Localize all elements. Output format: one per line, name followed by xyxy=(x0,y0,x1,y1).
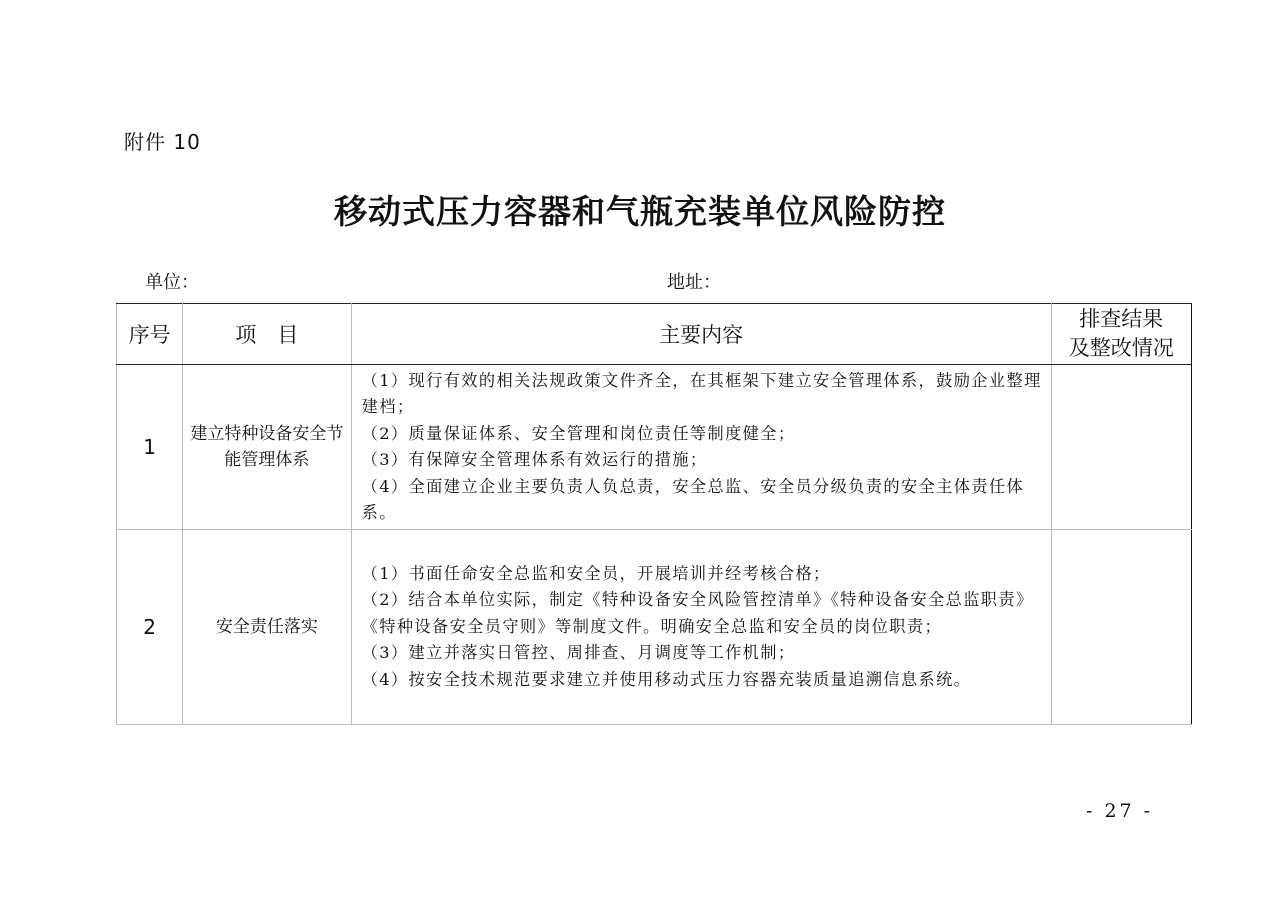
document-title: 移动式压力容器和气瓶充装单位风险防控 xyxy=(0,186,1280,233)
table-header-row: 序号 项 目 主要内容 排查结果 及整改情况 xyxy=(117,304,1192,365)
row-no: 2 xyxy=(117,530,183,725)
content-line: （4）全面建立企业主要负责人负总责，安全总监、安全员分级负责的安全主体责任体系。 xyxy=(362,474,1045,527)
content-line: （3）有保障安全管理体系有效运行的措施； xyxy=(362,447,1045,474)
row-content: （1）书面任命安全总监和安全员，开展培训并经考核合格； （2）结合本单位实际，制… xyxy=(351,530,1051,725)
content-line: （4）按安全技术规范要求建立并使用移动式压力容器充装质量追溯信息系统。 xyxy=(362,667,1045,694)
header-no: 序号 xyxy=(117,304,183,365)
row-no: 1 xyxy=(117,365,183,530)
header-result-line1: 排查结果 xyxy=(1052,305,1191,334)
header-content: 主要内容 xyxy=(351,304,1051,365)
content-line: （3）建立并落实日管控、周排查、月调度等工作机制； xyxy=(362,640,1045,667)
address-label: 地址： xyxy=(667,268,721,294)
attachment-label: 附件 10 xyxy=(124,126,201,155)
header-item: 项 目 xyxy=(183,304,351,365)
content-line: （2）结合本单位实际，制定《特种设备安全风险管控清单》《特种设备安全总监职责》《… xyxy=(362,587,1045,640)
row-item: 建立特种设备安全节能管理体系 xyxy=(183,365,351,530)
header-result-line2: 及整改情况 xyxy=(1052,334,1191,363)
document-title-text: 移动式压力容器和气瓶充装单位风险防控 xyxy=(334,192,946,231)
content-line: （1）书面任命安全总监和安全员，开展培训并经考核合格； xyxy=(362,561,1045,588)
row-content: （1）现行有效的相关法规政策文件齐全，在其框架下建立安全管理体系，鼓励企业整理建… xyxy=(351,365,1051,530)
unit-label: 单位： xyxy=(145,268,199,294)
table-row: 2 安全责任落实 （1）书面任命安全总监和安全员，开展培训并经考核合格； （2）… xyxy=(117,530,1192,725)
content-line: （2）质量保证体系、安全管理和岗位责任等制度健全； xyxy=(362,421,1045,448)
header-result: 排查结果 及整改情况 xyxy=(1051,304,1191,365)
row-result-cell[interactable] xyxy=(1051,365,1191,530)
row-item: 安全责任落实 xyxy=(183,530,351,725)
page-number: - 27 - xyxy=(1086,800,1153,822)
risk-control-table: 序号 项 目 主要内容 排查结果 及整改情况 1 建立特种设备安全节能管理体系 … xyxy=(116,303,1192,725)
content-line: （1）现行有效的相关法规政策文件齐全，在其框架下建立安全管理体系，鼓励企业整理建… xyxy=(362,368,1045,421)
row-result-cell[interactable] xyxy=(1051,530,1191,725)
table-row: 1 建立特种设备安全节能管理体系 （1）现行有效的相关法规政策文件齐全，在其框架… xyxy=(117,365,1192,530)
